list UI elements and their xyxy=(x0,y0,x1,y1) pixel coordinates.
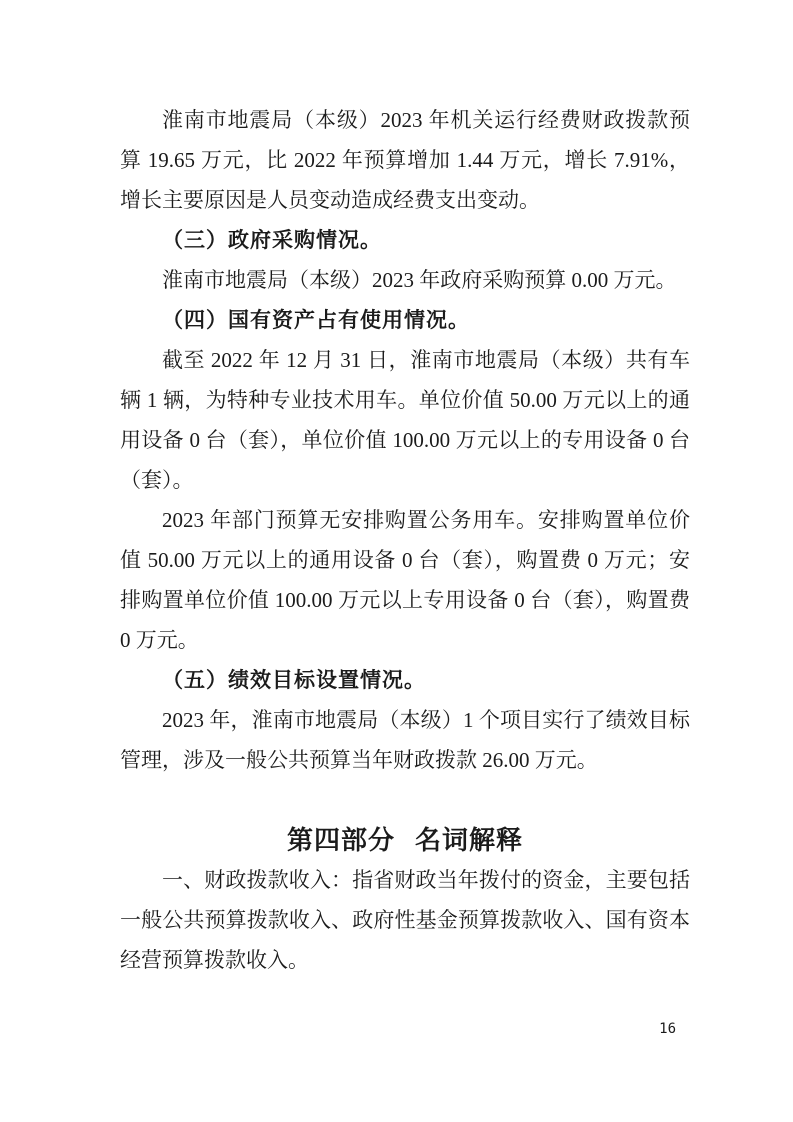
body-paragraph: 一、财政拨款收入：指省财政当年拨付的资金，主要包括一般公共预算拨款收入、政府性基… xyxy=(120,860,690,980)
body-paragraph: 淮南市地震局（本级）2023 年机关运行经费财政拨款预算 19.65 万元，比 … xyxy=(120,100,690,220)
document-content: 淮南市地震局（本级）2023 年机关运行经费财政拨款预算 19.65 万元，比 … xyxy=(120,100,690,980)
body-paragraph: 淮南市地震局（本级）2023 年政府采购预算 0.00 万元。 xyxy=(120,260,690,300)
body-paragraph: 截至 2022 年 12 月 31 日，淮南市地震局（本级）共有车辆 1 辆，为… xyxy=(120,340,690,500)
section-heading: （四）国有资产占有使用情况。 xyxy=(120,300,690,340)
document-page: 淮南市地震局（本级）2023 年机关运行经费财政拨款预算 19.65 万元，比 … xyxy=(0,0,793,1122)
body-paragraph: 2023 年，淮南市地震局（本级）1 个项目实行了绩效目标管理，涉及一般公共预算… xyxy=(120,700,690,780)
page-number: 16 xyxy=(659,1020,676,1038)
section-heading: （五）绩效目标设置情况。 xyxy=(120,660,690,700)
part-title: 第四部分 名词解释 xyxy=(120,820,690,860)
section-heading: （三）政府采购情况。 xyxy=(120,220,690,260)
body-paragraph: 2023 年部门预算无安排购置公务用车。安排购置单位价值 50.00 万元以上的… xyxy=(120,500,690,660)
